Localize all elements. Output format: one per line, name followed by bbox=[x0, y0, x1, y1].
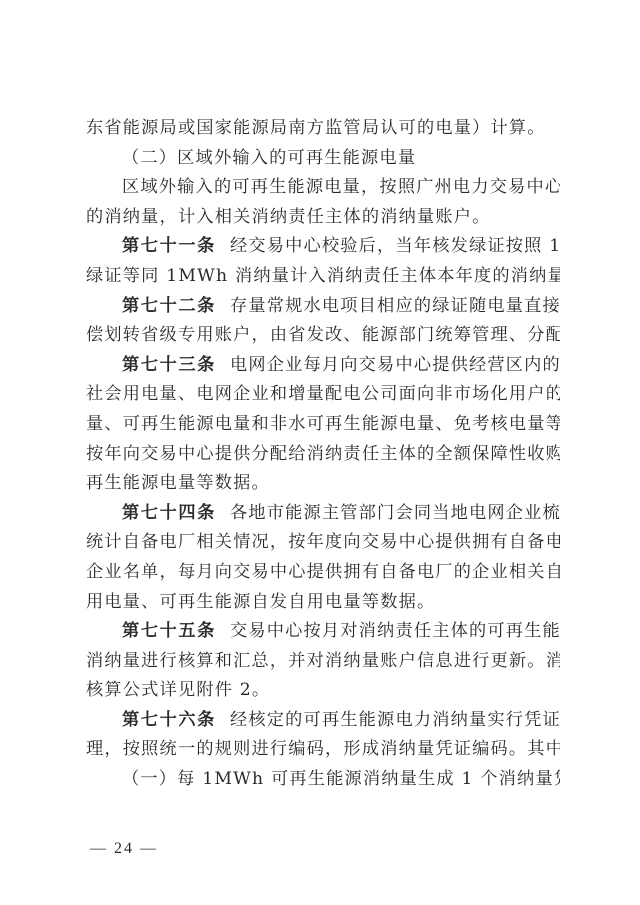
text-line: （一）每 1MWh 可再生能源消纳量生成 1 个消纳量凭证编 bbox=[86, 765, 560, 795]
article-number: 第七十一条 bbox=[122, 236, 216, 256]
text-line: 偿划转省级专用账户，由省发改、能源部门统筹管理、分配。 bbox=[86, 321, 560, 351]
text-line: 核算公式详见附件 2。 bbox=[86, 676, 560, 706]
article-number: 第七十六条 bbox=[122, 710, 216, 730]
article-73: 第七十三条电网企业每月向交易中心提供经营区内的全 bbox=[86, 351, 560, 381]
text-line: 用电量、可再生能源自发自用电量等数据。 bbox=[86, 588, 560, 618]
body-text: 东省能源局或国家能源局南方监管局认可的电量）计算。 （二）区域外输入的可再生能源… bbox=[86, 114, 560, 795]
article-number: 第七十五条 bbox=[122, 621, 216, 641]
section-heading: （二）区域外输入的可再生能源电量 bbox=[86, 144, 560, 174]
text-line: 按年向交易中心提供分配给消纳责任主体的全额保障性收购可 bbox=[86, 440, 560, 470]
text-line: 区域外输入的可再生能源电量，按照广州电力交易中心核算 bbox=[86, 173, 560, 203]
text-line: 绿证等同 1MWh 消纳量计入消纳责任主体本年度的消纳量核算。 bbox=[86, 262, 560, 292]
text-line: 再生能源电量等数据。 bbox=[86, 469, 560, 499]
article-number: 第七十二条 bbox=[122, 296, 216, 316]
text-line: 东省能源局或国家能源局南方监管局认可的电量）计算。 bbox=[86, 114, 560, 144]
text-line: 统计自备电厂相关情况，按年度向交易中心提供拥有自备电厂的 bbox=[86, 528, 560, 558]
text-line: 的消纳量，计入相关消纳责任主体的消纳量账户。 bbox=[86, 203, 560, 233]
text-line: 量、可再生能源电量和非水可再生能源电量、免考核电量等数据； bbox=[86, 410, 560, 440]
text-line: 消纳量进行核算和汇总，并对消纳量账户信息进行更新。消纳量 bbox=[86, 647, 560, 677]
article-number: 第七十四条 bbox=[122, 503, 216, 523]
text-line: 理，按照统一的规则进行编码，形成消纳量凭证编码。其中： bbox=[86, 735, 560, 765]
page-number: — 24 — bbox=[90, 840, 158, 858]
article-75: 第七十五条交易中心按月对消纳责任主体的可再生能源 bbox=[86, 617, 560, 647]
article-72: 第七十二条存量常规水电项目相应的绿证随电量直接无 bbox=[86, 292, 560, 322]
article-74: 第七十四条各地市能源主管部门会同当地电网企业梳理 bbox=[86, 499, 560, 529]
text-line: 社会用电量、电网企业和增量配电公司面向非市场化用户的售电 bbox=[86, 380, 560, 410]
article-number: 第七十三条 bbox=[122, 355, 216, 375]
article-71: 第七十一条经交易中心校验后，当年核发绿证按照 1MWh bbox=[86, 232, 560, 262]
text-line: 企业名单，每月向交易中心提供拥有自备电厂的企业相关自发自 bbox=[86, 558, 560, 588]
article-76: 第七十六条经核定的可再生能源电力消纳量实行凭证管 bbox=[86, 706, 560, 736]
document-page: 东省能源局或国家能源局南方监管局认可的电量）计算。 （二）区域外输入的可再生能源… bbox=[0, 0, 640, 905]
